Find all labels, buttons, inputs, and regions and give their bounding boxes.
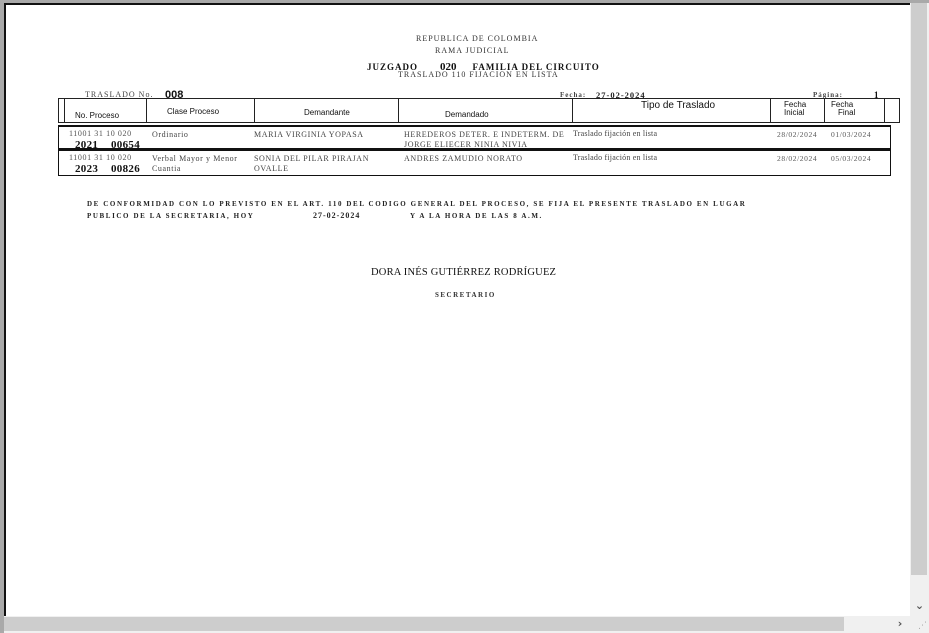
table-row: 11001 31 10 020 2021 00654 Ordinario MAR… xyxy=(58,125,891,149)
col-clase-proceso: Clase Proceso xyxy=(147,99,255,122)
fecha-inicial: 28/02/2024 xyxy=(777,130,817,140)
horizontal-scroll-thumb[interactable] xyxy=(4,617,844,631)
horizontal-scrollbar[interactable]: › xyxy=(4,616,910,633)
tipo-traslado: Traslado fijación en lista xyxy=(573,153,657,163)
chevron-down-icon[interactable]: ⌄ xyxy=(910,598,929,614)
signature-name: DORA INÉS GUTIÉRREZ RODRÍGUEZ xyxy=(371,267,556,278)
fecha-final: 01/03/2024 xyxy=(831,130,871,140)
fecha-final: 05/03/2024 xyxy=(831,154,871,164)
demandado: ANDRES ZAMUDIO NORATO xyxy=(404,154,523,164)
notice-hour: Y A LA HORA DE LAS 8 A.M. xyxy=(410,212,543,220)
signature-role: SECRETARIO xyxy=(435,291,496,299)
chevron-right-icon[interactable]: › xyxy=(892,616,908,633)
clase-proceso-line1: Verbal Mayor y Menor xyxy=(152,154,238,164)
col-demandante: Demandante xyxy=(255,99,399,122)
header-branch: RAMA JUDICIAL xyxy=(435,46,510,55)
col-fecha-final: Fecha Final xyxy=(825,99,885,122)
notice-line2: PUBLICO DE LA SECRETARIA, HOY xyxy=(87,212,254,220)
notice-date: 27-02-2024 xyxy=(313,211,360,220)
proceso-number: 00826 xyxy=(111,164,140,174)
proceso-code: 11001 31 10 020 xyxy=(69,153,132,163)
demandado-line1: HEREDEROS DETER. E INDETERM. DE xyxy=(404,130,564,140)
col-fecha-inicial: Fecha Inicial xyxy=(771,99,825,122)
table-row: 11001 31 10 020 2023 00826 Verbal Mayor … xyxy=(58,149,891,176)
tipo-traslado: Traslado fijación en lista xyxy=(573,129,657,139)
vertical-scrollbar[interactable]: ⌄ xyxy=(910,3,929,616)
proceso-code: 11001 31 10 020 xyxy=(69,129,132,139)
demandante: MARIA VIRGINIA YOPASA xyxy=(254,130,364,140)
resize-grip-icon[interactable]: ⋰ xyxy=(910,616,929,633)
clase-proceso-line2: Cuantia xyxy=(152,164,181,174)
demandante-line1: SONIA DEL PILAR PIRAJAN xyxy=(254,154,369,164)
fecha-inicial: 28/02/2024 xyxy=(777,154,817,164)
demandante-line2: OVALLE xyxy=(254,164,289,174)
col-no-proceso: No. Proceso xyxy=(64,99,147,122)
notice-line2-text: PUBLICO DE LA SECRETARIA, HOY xyxy=(87,212,254,220)
notice-line1: DE CONFORMIDAD CON LO PREVISTO EN EL ART… xyxy=(87,200,746,208)
header-country: REPUBLICA DE COLOMBIA xyxy=(416,34,538,43)
proceso-year: 2023 xyxy=(75,164,98,174)
clase-proceso: Ordinario xyxy=(152,130,189,140)
vertical-scroll-thumb[interactable] xyxy=(911,3,927,575)
table-header: No. Proceso Clase Proceso Demandante Dem… xyxy=(58,98,900,123)
document-page: REPUBLICA DE COLOMBIA RAMA JUDICIAL JUZG… xyxy=(4,3,910,616)
header-subtitle: TRASLADO 110 FIJACION EN LISTA xyxy=(398,70,559,79)
col-tipo-traslado: Tipo de Traslado xyxy=(573,99,771,122)
col-demandado: Demandado xyxy=(399,99,573,122)
